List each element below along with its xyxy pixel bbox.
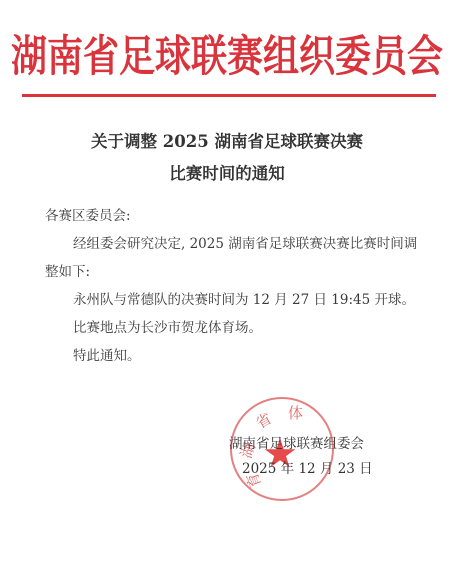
notice-title-line2: 比赛时间的通知: [0, 160, 454, 184]
paragraph-1-line2: 整如下:: [45, 258, 425, 286]
notice-title-line1: 关于调整 2025 湖南省足球联赛决赛: [0, 128, 454, 152]
masthead-org-name: 湖南省足球联赛组织委员会: [0, 23, 454, 84]
salutation: 各赛区委员会:: [45, 202, 425, 230]
paragraph-1-line1: 经组委会研究决定, 2025 湖南省足球联赛决赛比赛时间调: [45, 230, 453, 258]
masthead-divider: [22, 94, 436, 97]
paragraph-2: 永州队与常德队的决赛时间为 12 月 27 日 19:45 开球。: [45, 286, 453, 314]
signature-org: 湖南省足球联赛组委会: [229, 432, 449, 452]
paragraph-4: 特此通知。: [45, 342, 453, 370]
paragraph-3: 比赛地点为长沙市贺龙体育场。: [45, 314, 453, 342]
seal-char: 体: [288, 402, 303, 423]
signature-date: 2025 年 12 月 23 日: [242, 457, 442, 477]
